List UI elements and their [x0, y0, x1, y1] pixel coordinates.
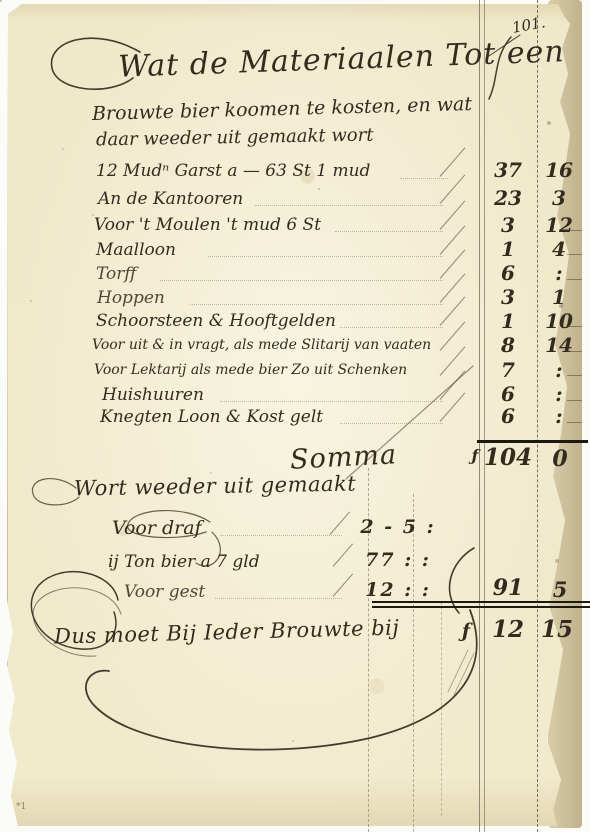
cost-row-stuivers: 16	[540, 158, 578, 182]
column-rule-left-b	[484, 0, 485, 832]
cost-row-stuivers: 4	[540, 237, 578, 261]
cost-row-label: Huishuuren	[102, 385, 204, 405]
output-row-amount: 2 - 5 :	[352, 516, 444, 538]
result-florin-sign: ƒ	[458, 620, 474, 642]
cost-row-stuivers: 14	[540, 333, 578, 357]
cost-row-guilders: 3	[486, 213, 530, 237]
leader-line	[400, 178, 448, 179]
end-dash	[567, 422, 582, 423]
end-dash	[567, 400, 582, 401]
pencil-column-line-2	[413, 494, 414, 832]
leader-line	[340, 423, 443, 424]
leader-line	[215, 598, 342, 599]
cost-row-guilders: 1	[486, 309, 530, 333]
output-subtotal-guilders: 91	[484, 575, 532, 601]
cost-row-guilders: 6	[486, 261, 530, 285]
cost-row-stuivers: :	[540, 382, 578, 406]
cost-row-stuivers: :	[540, 404, 578, 428]
cost-row-guilders: 37	[486, 158, 530, 182]
cost-row-guilders: 1	[486, 237, 530, 261]
paper-specks	[0, 0, 2, 2]
output-row-amount: 77 : :	[352, 549, 444, 571]
output-subtotal-stuivers: 5	[543, 577, 577, 602]
cost-row-guilders: 7	[486, 358, 530, 382]
cost-row-stuivers: :	[540, 261, 578, 285]
cost-row-stuivers: 3	[540, 186, 578, 210]
output-row-amount: 12 : :	[352, 579, 444, 601]
leader-line	[255, 205, 443, 206]
output-row-label: ij Ton bier a 7 gld	[108, 552, 260, 572]
cost-row-guilders: 6	[486, 404, 530, 428]
output-row-label: Voor gest	[124, 582, 205, 602]
cost-row-label: Voor 't Moulen 't mud 6 St	[94, 215, 321, 235]
leader-line	[220, 535, 342, 536]
cost-row-label: Torff	[96, 264, 136, 284]
cost-row-label: Hoppen	[97, 288, 165, 308]
end-dash	[567, 326, 582, 327]
result-guilders: 12	[486, 616, 530, 643]
end-dash	[567, 375, 582, 376]
cost-row-label: Voor uit & in vragt, als mede Slitarij v…	[92, 337, 431, 353]
end-dash	[567, 351, 582, 352]
leader-line	[335, 231, 443, 232]
somma-guilders: 104	[482, 444, 534, 471]
cost-row-guilders: 23	[486, 186, 530, 210]
somma-label: Somma	[289, 439, 398, 476]
cost-row-stuivers: :	[540, 358, 578, 382]
scanned-document: 101. Wat de Materiaalen Tot een Brouwte …	[0, 0, 590, 832]
leader-line	[160, 280, 443, 281]
somma-florin-sign: ƒ	[468, 446, 482, 465]
cost-row-stuivers: 1	[540, 285, 578, 309]
double-rule-top	[372, 601, 590, 603]
cost-row-stuivers: 12	[540, 213, 578, 237]
cost-row-label: An de Kantooren	[98, 189, 243, 209]
total-rule	[477, 440, 588, 443]
leader-line	[340, 327, 443, 328]
somma-stuivers: 0	[543, 446, 577, 472]
corner-footnote: *1	[16, 802, 26, 812]
double-rule-bottom	[372, 606, 590, 608]
leader-line	[220, 401, 443, 402]
cost-row-label: Maalloon	[96, 240, 176, 260]
cost-row-label: Knegten Loon & Kost gelt	[100, 407, 323, 427]
cost-row-guilders: 6	[486, 382, 530, 406]
column-rule-right	[537, 0, 538, 832]
cost-row-guilders: 8	[486, 333, 530, 357]
cost-row-label: Schoorsteen & Hooftgelden	[96, 311, 336, 331]
pencil-column-line-3	[441, 602, 442, 816]
end-dash	[567, 254, 582, 255]
end-dash	[567, 279, 582, 280]
result-stuivers: 15	[537, 616, 577, 643]
leader-line	[190, 304, 443, 305]
output-row-label: Voor draf	[112, 517, 202, 539]
cost-row-label: 12 Mudⁿ Garst a — 63 St 1 mud	[96, 161, 370, 181]
cost-row-label: Voor Lektarij als mede bier Zo uit Schen…	[94, 362, 407, 378]
cost-row-stuivers: 10	[540, 309, 578, 333]
end-dash	[567, 230, 582, 231]
cost-row-guilders: 3	[486, 285, 530, 309]
column-rule-left-a	[479, 0, 480, 832]
leader-line	[208, 256, 443, 257]
output-section-heading: Wort weeder uit gemaakt	[74, 472, 357, 501]
